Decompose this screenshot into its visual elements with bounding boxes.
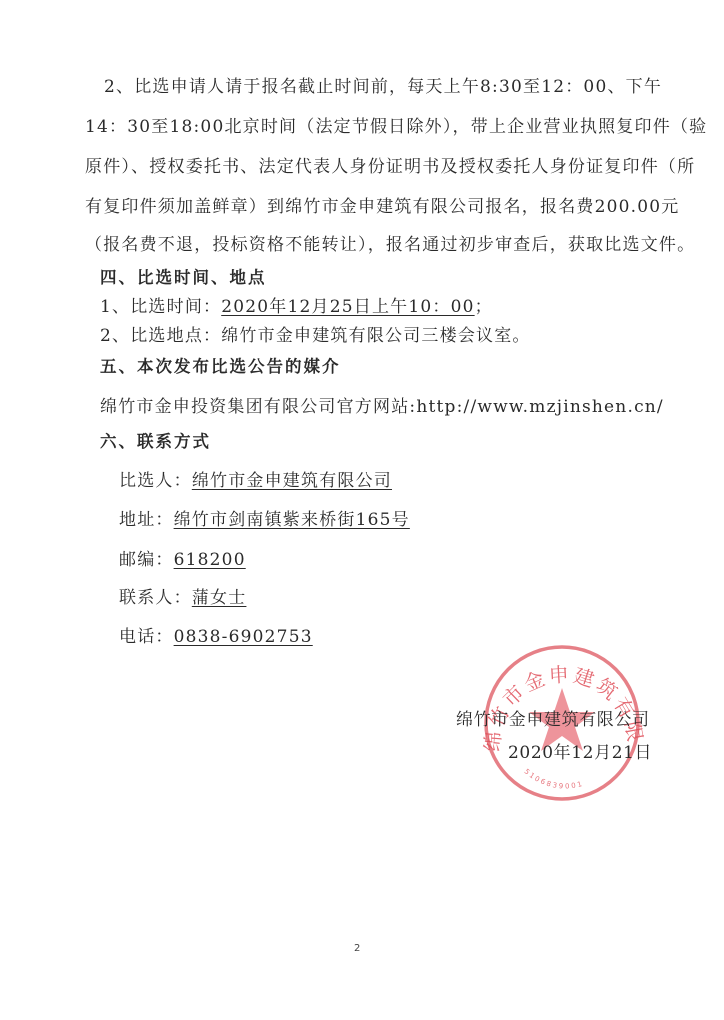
document-page: 2、比选申请人请于报名截止时间前，每天上午8:30至12：00、下午 14：30… <box>0 0 724 1020</box>
section-6-heading: 六、联系方式 <box>100 432 211 452</box>
paragraph-line-2: 14：30至18:00北京时间（法定节假日除外），带上企业营业执照复印件（验 <box>85 117 639 137</box>
media-website: 绵竹市金申投资集团有限公司官方网站:http://www.mzjinshen.c… <box>100 397 664 417</box>
bid-time-value: 2020年12月25日上午10：00 <box>221 297 474 317</box>
bid-time: 1、比选时间：2020年12月25日上午10：00； <box>100 297 493 317</box>
contact-bidder: 比选人：绵竹市金申建筑有限公司 <box>119 471 392 491</box>
paragraph-line-4: 有复印件须加盖鲜章）到绵竹市金申建筑有限公司报名，报名费200.00元 <box>85 197 639 217</box>
seal-code: 5106839001 <box>523 767 585 790</box>
contact-person-value: 蒲女士 <box>192 588 247 608</box>
contact-person: 联系人：蒲女士 <box>119 588 246 608</box>
contact-bidder-label: 比选人： <box>119 471 192 491</box>
page-number: 2 <box>354 943 360 954</box>
section-4-heading: 四、比选时间、地点 <box>100 268 267 288</box>
signature-company: 绵竹市金申建筑有限公司 <box>456 710 650 730</box>
paragraph-line-1: 2、比选申请人请于报名截止时间前，每天上午8:30至12：00、下午 <box>104 77 662 97</box>
bid-time-label: 1、比选时间： <box>100 297 221 317</box>
svg-text:绵竹市金申建筑有限公司: 绵竹市金申建筑有限公司 <box>462 644 648 752</box>
contact-person-label: 联系人： <box>119 588 192 608</box>
bid-location: 2、比选地点：绵竹市金申建筑有限公司三楼会议室。 <box>100 326 531 346</box>
contact-bidder-value: 绵竹市金申建筑有限公司 <box>192 471 392 491</box>
svg-text:5106839001: 5106839001 <box>523 767 585 790</box>
contact-address: 地址：绵竹市剑南镇紫来桥街165号 <box>119 510 410 530</box>
contact-address-value: 绵竹市剑南镇紫来桥街165号 <box>174 510 410 530</box>
bid-time-end: ； <box>475 297 493 317</box>
seal-text: 绵竹市金申建筑有限公司 <box>462 644 648 752</box>
contact-postcode: 邮编：618200 <box>119 550 246 570</box>
contact-phone-value: 0838-6902753 <box>174 627 313 647</box>
contact-phone-label: 电话： <box>119 627 174 647</box>
contact-postcode-label: 邮编： <box>119 550 174 570</box>
signature-date: 2020年12月21日 <box>508 743 652 763</box>
section-5-heading: 五、本次发布比选公告的媒介 <box>100 357 341 377</box>
contact-address-label: 地址： <box>119 510 174 530</box>
paragraph-line-3: 原件）、授权委托书、法定代表人身份证明书及授权委托人身份证复印件（所 <box>85 157 639 177</box>
contact-phone: 电话：0838-6902753 <box>119 627 313 647</box>
contact-postcode-value: 618200 <box>174 550 246 570</box>
paragraph-line-5: （报名费不退，投标资格不能转让），报名通过初步审查后，获取比选文件。 <box>85 235 639 255</box>
